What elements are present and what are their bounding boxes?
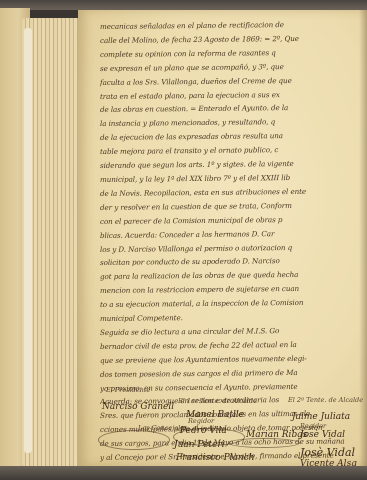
bottom-shadow-edge: [0, 466, 367, 480]
teniente1-label: El 1er Tente. de Alcalde: [178, 397, 257, 405]
page-edges-stack: [22, 18, 84, 466]
signature-flourish: [98, 430, 170, 450]
signature: Narciso Granell: [102, 402, 174, 412]
regidor-label: Regidor: [188, 417, 214, 425]
signature: Josè Vidal: [300, 430, 345, 440]
teniente2-label: El 2º Tente. de Alcalde: [288, 396, 363, 404]
signature-block: El Presidente El 1er Tente. de Alcalde E…: [78, 10, 367, 466]
presidente-label: El Presidente: [106, 386, 150, 394]
regidor-label: Regidor: [300, 422, 326, 430]
signature: Jaime Juliata: [292, 412, 350, 422]
loose-leaf: [24, 28, 32, 453]
top-shadow-edge: [0, 0, 367, 10]
archival-photo: mecanicas señaladas en el plano de recti…: [0, 0, 367, 480]
manuscript-page: mecanicas señaladas en el plano de recti…: [78, 10, 367, 466]
signature-flourish: [228, 438, 300, 448]
signature: Josè Vidal: [300, 446, 355, 459]
signature: Francisco Planch: [176, 453, 255, 463]
